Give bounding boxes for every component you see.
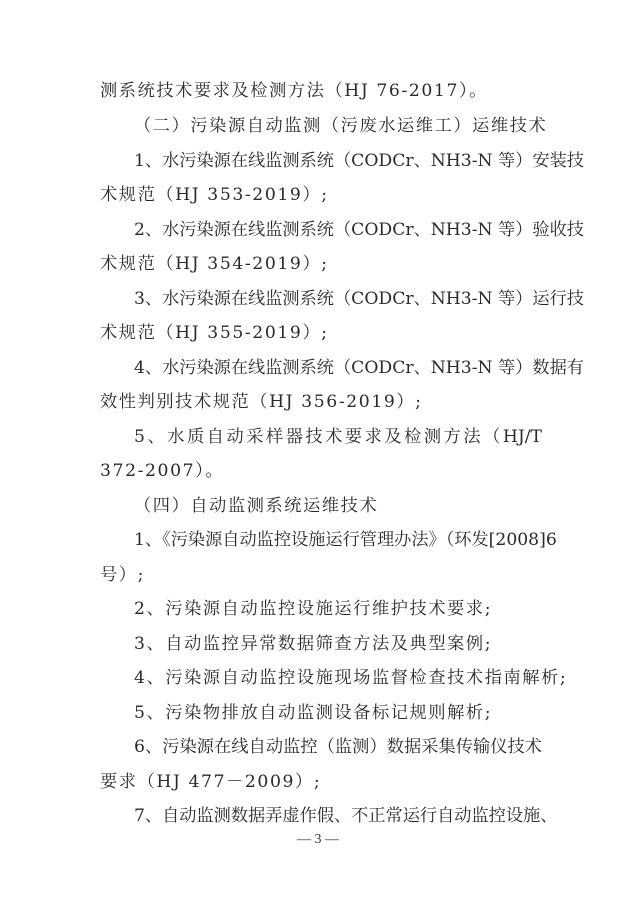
text-line: 5、污染物排放自动监测设备标记规则解析; <box>134 701 542 725</box>
text-line: 号）; <box>100 563 542 587</box>
section-heading: （二）污染源自动监测（污废水运维工）运维技术 <box>134 114 542 138</box>
section-heading: （四）自动监测系统运维技术 <box>134 494 542 518</box>
document-page: 测系统技术要求及检测方法（HJ 76-2017）。 （二）污染源自动监测（污废水… <box>0 0 636 900</box>
text-line: 4、水污染源在线监测系统（CODCr、NH3-N 等）数据有 <box>134 356 542 380</box>
text-line: 1、水污染源在线监测系统（CODCr、NH3-N 等）安装技 <box>134 149 542 173</box>
text-line: 4、污染源自动监控设施现场监督检查技术指南解析; <box>134 666 542 690</box>
text-line: 术规范（HJ 355-2019）; <box>100 321 542 345</box>
text-line: 5、水质自动采样器技术要求及检测方法（HJ/T <box>134 425 542 449</box>
text-line: 7、自动监测数据弄虚作假、不正常运行自动监控设施、 <box>134 804 542 828</box>
text-line: 术规范（HJ 353-2019）; <box>100 183 542 207</box>
text-line: 1、《污染源自动监控设施运行管理办法》（环发[2008]6 <box>134 528 542 552</box>
text-line: 3、自动监控异常数据筛查方法及典型案例; <box>134 632 542 656</box>
text-line: 要求（HJ 477－2009）; <box>100 770 542 794</box>
text-line: 测系统技术要求及检测方法（HJ 76-2017）。 <box>100 79 542 103</box>
text-line: 术规范（HJ 354-2019）; <box>100 252 542 276</box>
text-line: 2、污染源自动监控设施运行维护技术要求; <box>134 597 542 621</box>
text-line: 6、污染源在线自动监控（监测）数据采集传输仪技术 <box>134 735 542 759</box>
text-line: 2、水污染源在线监测系统（CODCr、NH3-N 等）验收技 <box>134 218 542 242</box>
text-line: 372-2007）。 <box>100 459 542 483</box>
text-line: 效性判别技术规范（HJ 356-2019）; <box>100 390 542 414</box>
page-number: — 3 — <box>0 832 636 848</box>
text-line: 3、水污染源在线监测系统（CODCr、NH3-N 等）运行技 <box>134 287 542 311</box>
